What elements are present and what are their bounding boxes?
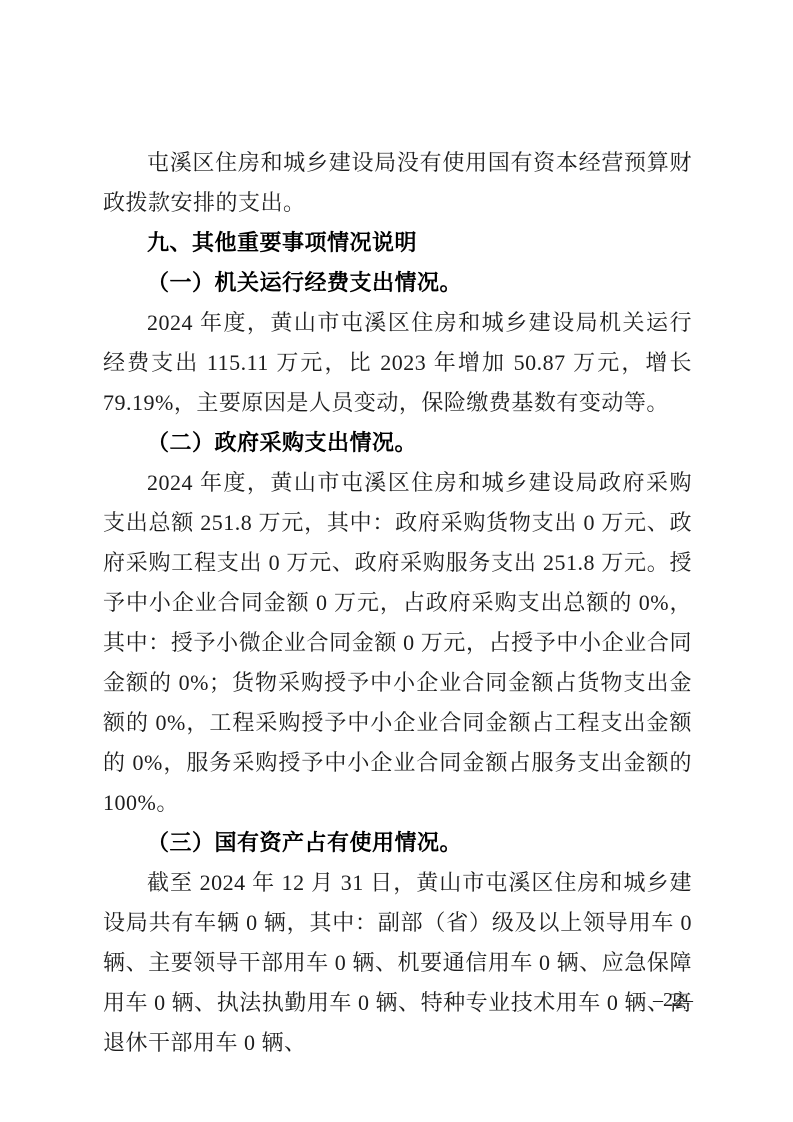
paragraph-state-owned-assets-vehicles: 截至 2024 年 12 月 31 日，黄山市屯溪区住房和城乡建设局共有车辆 0…	[103, 863, 692, 1063]
heading-sub-3-state-owned-assets: （三）国有资产占有使用情况。	[103, 823, 692, 863]
heading-sub-1-agency-operating-expenses: （一）机关运行经费支出情况。	[103, 263, 692, 303]
heading-section-nine-other-important-matters: 九、其他重要事项情况说明	[103, 223, 692, 263]
document-body: 屯溪区住房和城乡建设局没有使用国有资本经营预算财政拨款安排的支出。 九、其他重要…	[103, 143, 692, 1063]
paragraph-state-capital-budget: 屯溪区住房和城乡建设局没有使用国有资本经营预算财政拨款安排的支出。	[103, 143, 692, 223]
page-number: –22–	[653, 989, 693, 1011]
document-page: 屯溪区住房和城乡建设局没有使用国有资本经营预算财政拨款安排的支出。 九、其他重要…	[0, 0, 793, 1122]
paragraph-government-procurement: 2024 年度，黄山市屯溪区住房和城乡建设局政府采购支出总额 251.8 万元，…	[103, 463, 692, 823]
paragraph-agency-operating-expenses: 2024 年度，黄山市屯溪区住房和城乡建设局机关运行经费支出 115.11 万元…	[103, 303, 692, 423]
heading-sub-2-government-procurement: （二）政府采购支出情况。	[103, 423, 692, 463]
